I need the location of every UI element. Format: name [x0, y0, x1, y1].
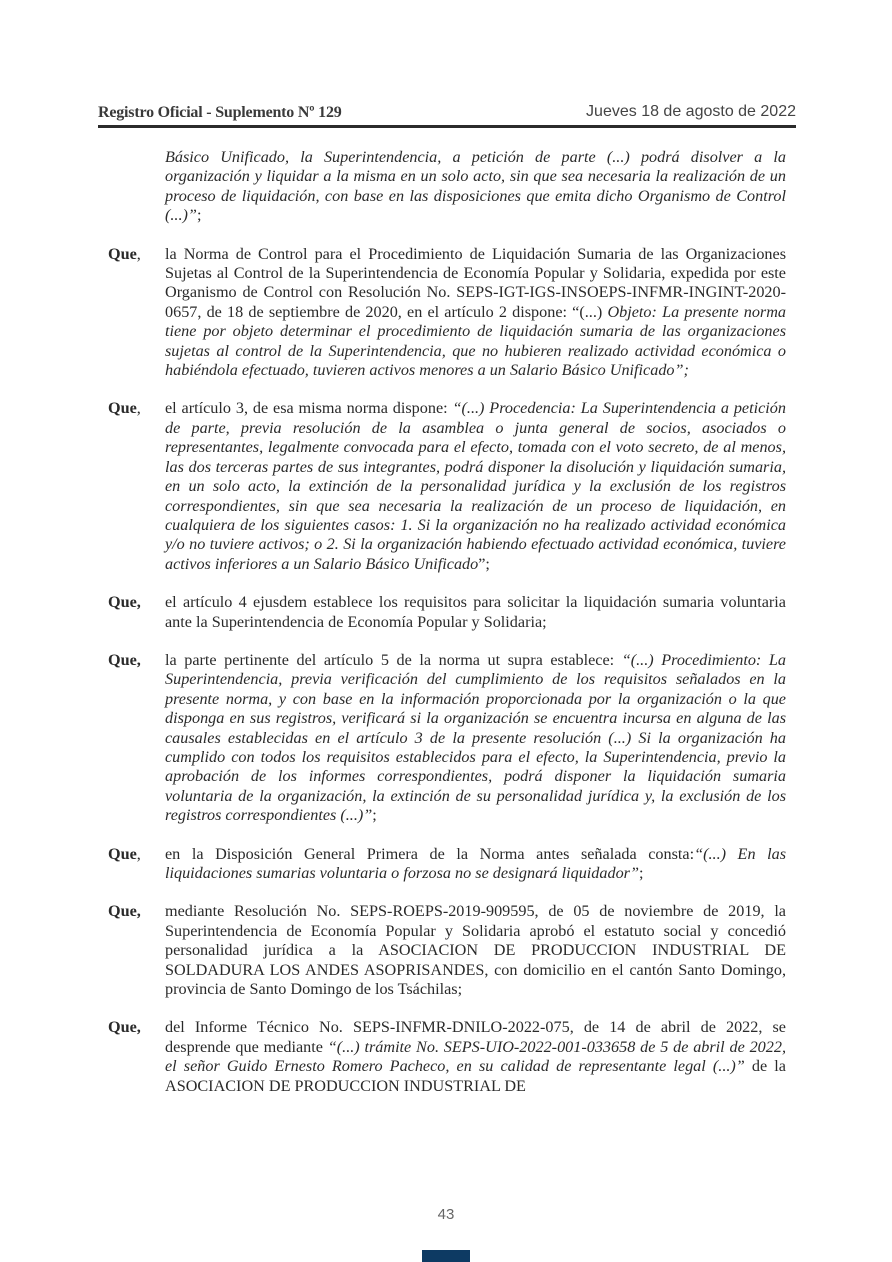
que-paragraph: Que,del Informe Técnico No. SEPS-INFMR-D…	[108, 1018, 786, 1096]
plain-text: el artículo 4 ejusdem establece los requ…	[165, 593, 786, 630]
document-body: Básico Unificado, la Superintendencia, a…	[108, 148, 786, 1115]
paragraph-text: la parte pertinente del artículo 5 de la…	[165, 651, 786, 826]
document-page: Registro Oficial - Suplemento Nº 129 Jue…	[0, 0, 892, 1262]
que-paragraph: Que,mediante Resolución No. SEPS-ROEPS-2…	[108, 902, 786, 999]
label-word: Que,	[108, 902, 141, 920]
publication-date: Jueves 18 de agosto de 2022	[586, 103, 796, 121]
paragraph-text: del Informe Técnico No. SEPS-INFMR-DNILO…	[165, 1018, 786, 1096]
paragraph-label: Que,	[108, 399, 165, 574]
plain-text: ;	[372, 806, 377, 824]
paragraph-text: la Norma de Control para el Procedimient…	[165, 245, 786, 381]
que-paragraph: Que,en la Disposición General Primera de…	[108, 845, 786, 884]
paragraph-text: en la Disposición General Primera de la …	[165, 845, 786, 884]
continuation-paragraph: Básico Unificado, la Superintendencia, a…	[165, 148, 786, 226]
continuation-quote: Básico Unificado, la Superintendencia, a…	[165, 148, 786, 224]
plain-text: ”;	[478, 555, 490, 573]
que-paragraph: Que,el artículo 3, de esa misma norma di…	[108, 399, 786, 574]
label-word: Que,	[108, 1018, 141, 1036]
label-word: Que	[108, 245, 137, 263]
paragraph-label: Que,	[108, 845, 165, 884]
plain-text: el artículo 3, de esa misma norma dispon…	[165, 399, 453, 417]
footer-bar	[422, 1250, 470, 1262]
paragraph-text: mediante Resolución No. SEPS-ROEPS-2019-…	[165, 902, 786, 999]
label-word: Que	[108, 399, 137, 417]
que-paragraph: Que,la parte pertinente del artículo 5 d…	[108, 651, 786, 826]
continuation-end: ;	[197, 206, 202, 224]
label-word: Que,	[108, 593, 141, 611]
publication-title: Registro Oficial - Suplemento Nº 129	[98, 104, 342, 122]
paragraph-label: Que,	[108, 593, 165, 632]
paragraph-text: el artículo 4 ejusdem establece los requ…	[165, 593, 786, 632]
que-paragraph: Que,el artículo 4 ejusdem establece los …	[108, 593, 786, 632]
paragraph-label: Que,	[108, 245, 165, 381]
paragraph-label: Que,	[108, 651, 165, 826]
label-punct: ,	[137, 245, 141, 263]
label-punct: ,	[137, 399, 141, 417]
page-number: 43	[0, 1206, 892, 1223]
plain-text: ;	[639, 864, 644, 882]
paragraph-label: Que,	[108, 902, 165, 999]
paragraph-text: el artículo 3, de esa misma norma dispon…	[165, 399, 786, 574]
quoted-text: “(...) Procedimiento: La Superintendenci…	[165, 651, 786, 824]
header-rule	[98, 125, 796, 128]
label-word: Que,	[108, 651, 141, 669]
page-header: Registro Oficial - Suplemento Nº 129 Jue…	[98, 103, 796, 125]
plain-text: la parte pertinente del artículo 5 de la…	[165, 651, 622, 669]
quoted-text: “(...) Procedencia: La Superintendencia …	[165, 399, 786, 572]
label-word: Que	[108, 845, 137, 863]
paragraph-list: Que,la Norma de Control para el Procedim…	[108, 245, 786, 1096]
paragraph-label: Que,	[108, 1018, 165, 1096]
plain-text: mediante Resolución No. SEPS-ROEPS-2019-…	[165, 902, 786, 998]
que-paragraph: Que,la Norma de Control para el Procedim…	[108, 245, 786, 381]
label-punct: ,	[137, 845, 141, 863]
plain-text: en la Disposición General Primera de la …	[165, 845, 694, 863]
